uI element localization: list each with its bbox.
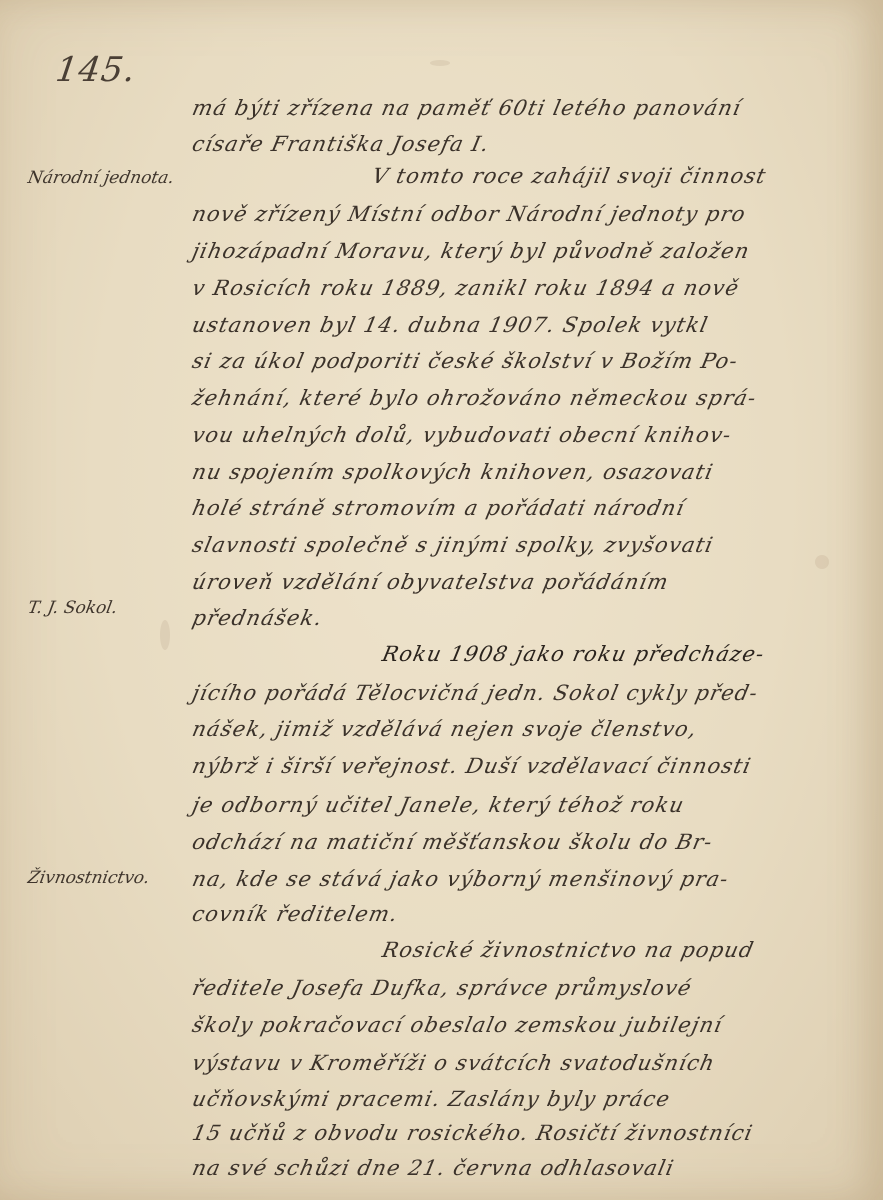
text-line: ředitele Josefa Dufka, správce průmyslov… <box>190 976 694 1000</box>
text-line: odchází na matiční měšťanskou školu do B… <box>190 830 715 854</box>
margin-note-tj-sokol: T. J. Sokol. <box>26 598 119 618</box>
text-line: nášek, jimiž vzdělává nejen svoje členst… <box>190 717 700 741</box>
text-line: školy pokračovací obeslalo zemskou jubil… <box>190 1013 725 1037</box>
text-line: vou uhelných dolů, vybudovati obecní kni… <box>190 423 734 447</box>
paper-stain <box>430 60 450 66</box>
text-line: přednášek. <box>190 606 325 630</box>
paragraph-start-line: Roku 1908 jako roku předcháze- <box>380 642 767 666</box>
text-line: na své schůzi dne 21. června odhlasovali <box>190 1156 677 1180</box>
paragraph-start-line: Rosické živnostnictvo na popud <box>380 938 757 962</box>
chronicle-page: 145. Národní jednota. T. J. Sokol. Živno… <box>0 0 883 1200</box>
page-number: 145. <box>53 50 138 90</box>
text-line: žehnání, které bylo ohrožováno německou … <box>190 386 759 410</box>
text-line: má býti zřízena na paměť 60ti letého pan… <box>190 96 744 120</box>
text-line: 15 učňů z obvodu rosického. Rosičtí živn… <box>190 1121 755 1145</box>
text-line: úroveň vzdělání obyvatelstva pořádáním <box>190 570 671 594</box>
text-line: nu spojením spolkových knihoven, osazova… <box>190 460 716 484</box>
text-line: na, kde se stává jako výborný menšinový … <box>190 867 731 891</box>
text-line: ustanoven byl 14. dubna 1907. Spolek vyt… <box>190 313 711 337</box>
text-line: covník ředitelem. <box>190 902 401 926</box>
text-line: císaře Františka Josefa I. <box>190 132 492 156</box>
text-line: učňovskými pracemi. Zaslány byly práce <box>190 1087 673 1111</box>
text-line: v Rosicích roku 1889, zanikl roku 1894 a… <box>190 276 742 300</box>
text-line: holé stráně stromovím a pořádati národní <box>190 496 687 520</box>
text-line: jihozápadní Moravu, který byl původně za… <box>190 239 752 263</box>
paragraph-start-line: V tomto roce zahájil svoji činnost <box>370 164 769 188</box>
text-line: nově zřízený Místní odbor Národní jednot… <box>190 202 748 226</box>
paper-stain <box>160 620 170 650</box>
text-line: si za úkol podporiti české školství v Bo… <box>190 349 741 373</box>
text-line: nýbrž i širší veřejnost. Duší vzdělavací… <box>190 754 754 778</box>
text-line: výstavu v Kroměříži o svátcích svatodušn… <box>190 1051 718 1075</box>
text-line: slavnosti společně s jinými spolky, zvyš… <box>190 533 716 557</box>
margin-note-narodni-jednota: Národní jednota. <box>26 168 175 188</box>
paper-stain <box>815 555 829 569</box>
margin-note-zivnostnictvo: Živnostnictvo. <box>26 868 151 888</box>
text-line: je odborný učitel Janele, který téhož ro… <box>190 793 687 817</box>
text-line: jícího pořádá Tělocvičná jedn. Sokol cyk… <box>190 681 761 705</box>
